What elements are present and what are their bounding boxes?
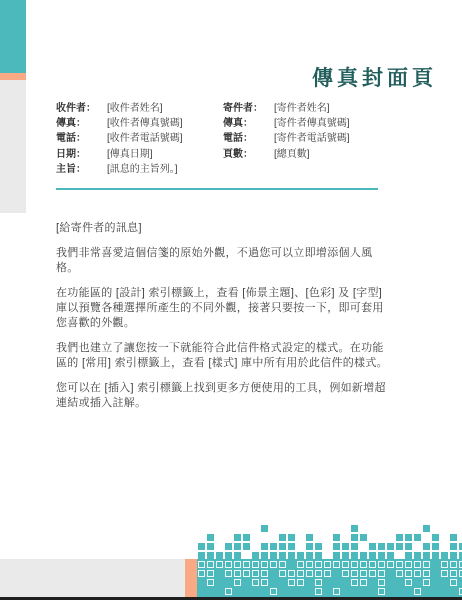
page-count-placeholder[interactable]: [總頁數] xyxy=(274,147,310,162)
mosaic-square xyxy=(414,552,421,559)
mosaic-square xyxy=(261,525,268,532)
mosaic-square xyxy=(243,543,250,550)
mosaic-square xyxy=(297,552,304,559)
recipient-fax-placeholder[interactable]: [收件者傳真號碼] xyxy=(107,116,183,131)
mosaic-square xyxy=(423,552,430,559)
mosaic-square xyxy=(279,543,286,550)
mosaic-square xyxy=(387,561,394,568)
mosaic-square xyxy=(378,561,385,568)
top-stripe-orange xyxy=(0,73,26,80)
mosaic-square xyxy=(225,552,232,559)
mosaic-square xyxy=(360,561,367,568)
footer-gray-band xyxy=(0,559,185,597)
mosaic-square xyxy=(216,561,223,568)
mosaic-square xyxy=(297,570,304,577)
mosaic-square xyxy=(234,543,241,550)
subject-label: 主旨： xyxy=(56,162,107,177)
mosaic-square xyxy=(351,579,358,586)
mosaic-square xyxy=(423,579,430,586)
mosaic-square xyxy=(405,579,412,586)
mosaic-square xyxy=(297,579,304,586)
mosaic-square xyxy=(432,543,439,550)
sender-from-label: 寄件者： xyxy=(223,101,274,116)
mosaic-square xyxy=(288,570,295,577)
mosaic-square xyxy=(414,561,421,568)
mosaic-square xyxy=(306,552,313,559)
mosaic-square xyxy=(342,552,349,559)
fax-date-placeholder[interactable]: [傳真日期] xyxy=(107,147,153,162)
mosaic-square xyxy=(450,579,457,586)
mosaic-square xyxy=(207,561,214,568)
mosaic-square xyxy=(315,579,322,586)
mosaic-square xyxy=(342,570,349,577)
mosaic-square xyxy=(279,561,286,568)
mosaic-square xyxy=(450,561,457,568)
mosaic-square xyxy=(405,543,412,550)
mosaic-square xyxy=(315,543,322,550)
sender-phone-label: 電話： xyxy=(223,131,274,146)
mosaic-square xyxy=(225,543,232,550)
mosaic-square xyxy=(351,570,358,577)
mosaic-square xyxy=(270,588,277,595)
footer-orange-block xyxy=(185,559,197,597)
body-paragraph-2: 在功能區的 [設計] 索引標籤上，查看 [佈景主題]、[色彩] 及 [字型] 庫… xyxy=(56,286,394,331)
sender-name-placeholder[interactable]: [寄件者姓名] xyxy=(274,101,330,116)
mosaic-square xyxy=(360,552,367,559)
body-paragraph-4: 您可以在 [插入] 索引標籤上找到更多方便使用的工具，例如新增超連結或插入註解。 xyxy=(56,381,394,411)
subject-placeholder[interactable]: [訊息的主旨列。] xyxy=(107,162,178,177)
mosaic-square xyxy=(378,588,385,595)
mosaic-square xyxy=(234,579,241,586)
mosaic-square xyxy=(207,543,214,550)
mosaic-square xyxy=(198,561,205,568)
mosaic-square xyxy=(441,561,448,568)
mosaic-square xyxy=(342,561,349,568)
mosaic-square xyxy=(207,579,214,586)
page-count-row: 頁數： [總頁數] xyxy=(223,147,393,162)
page-count-label: 頁數： xyxy=(223,147,274,162)
mosaic-square xyxy=(315,552,322,559)
mosaic-square xyxy=(279,570,286,577)
mosaic-square xyxy=(198,570,205,577)
mosaic-square xyxy=(423,570,430,577)
sender-fax-placeholder[interactable]: [寄件者傳真號碼] xyxy=(274,116,350,131)
mosaic-square xyxy=(306,534,313,541)
mosaic-square xyxy=(360,570,367,577)
mosaic-square xyxy=(207,552,214,559)
mosaic-square xyxy=(333,561,340,568)
mosaic-square xyxy=(414,534,421,541)
recipient-to-row: 收件者： [收件者姓名] xyxy=(56,101,222,116)
message-placeholder[interactable]: [給寄件者的訊息] xyxy=(56,221,394,236)
mosaic-square xyxy=(450,570,457,577)
sender-phone-placeholder[interactable]: [寄件者電話號碼] xyxy=(274,131,350,146)
mosaic-square xyxy=(306,561,313,568)
mosaic-square xyxy=(252,570,259,577)
mosaic-square xyxy=(234,561,241,568)
mosaic-square xyxy=(333,534,340,541)
message-body: [給寄件者的訊息] 我們非常喜愛這個信箋的原始外觀，不過您可以立即增添個人風格。… xyxy=(56,221,394,421)
mosaic-square xyxy=(333,543,340,550)
mosaic-square xyxy=(297,561,304,568)
mosaic-square xyxy=(405,570,412,577)
mosaic-square xyxy=(432,552,439,559)
mosaic-square xyxy=(288,552,295,559)
mosaic-square xyxy=(351,543,358,550)
header-divider-line xyxy=(56,188,378,190)
mosaic-square xyxy=(234,534,241,541)
mosaic-square xyxy=(396,570,403,577)
mosaic-square xyxy=(414,570,421,577)
mosaic-square xyxy=(234,552,241,559)
mosaic-square xyxy=(315,588,322,595)
mosaic-square xyxy=(198,552,205,559)
top-stripe-teal xyxy=(0,0,26,73)
mosaic-square xyxy=(441,552,448,559)
recipient-fax-row: 傳真： [收件者傳真號碼] xyxy=(56,116,222,131)
mosaic-square xyxy=(450,534,457,541)
mosaic-square xyxy=(396,534,403,541)
mosaic-square xyxy=(288,579,295,586)
mosaic-square xyxy=(423,561,430,568)
mosaic-square xyxy=(360,534,367,541)
mosaic-square xyxy=(387,543,394,550)
recipient-phone-placeholder[interactable]: [收件者電話號碼] xyxy=(107,131,183,146)
mosaic-square xyxy=(315,570,322,577)
mosaic-square xyxy=(342,543,349,550)
recipient-name-placeholder[interactable]: [收件者姓名] xyxy=(107,101,163,116)
mosaic-square xyxy=(450,552,457,559)
mosaic-square xyxy=(270,561,277,568)
mosaic-square xyxy=(252,579,259,586)
mosaic-square xyxy=(369,552,376,559)
body-paragraph-1: 我們非常喜愛這個信箋的原始外觀，不過您可以立即增添個人風格。 xyxy=(56,246,394,276)
mosaic-square xyxy=(351,534,358,541)
recipient-fax-label: 傳真： xyxy=(56,116,107,131)
mosaic-square xyxy=(405,534,412,541)
subject-row: 主旨： [訊息的主旨列。] xyxy=(56,162,222,177)
mosaic-square xyxy=(216,552,223,559)
mosaic-square xyxy=(261,579,268,586)
top-stripe-gray xyxy=(0,80,26,213)
recipient-fields: 收件者： [收件者姓名] 傳真： [收件者傳真號碼] 電話： [收件者電話號碼]… xyxy=(56,101,222,177)
mosaic-square xyxy=(288,534,295,541)
mosaic-square xyxy=(243,561,250,568)
mosaic-square xyxy=(270,552,277,559)
mosaic-square xyxy=(243,570,250,577)
mosaic-square xyxy=(207,534,214,541)
mosaic-square xyxy=(432,534,439,541)
mosaic-square xyxy=(261,552,268,559)
mosaic-square xyxy=(450,543,457,550)
sender-fields: 寄件者： [寄件者姓名] 傳真： [寄件者傳真號碼] 電話： [寄件者電話號碼]… xyxy=(223,101,393,162)
mosaic-square xyxy=(306,570,313,577)
body-paragraph-3: 我們也建立了讓您按一下就能符合此信件格式設定的樣式。在功能區的 [常用] 索引標… xyxy=(56,341,394,371)
mosaic-square xyxy=(279,534,286,541)
mosaic-square xyxy=(252,561,259,568)
recipient-phone-label: 電話： xyxy=(56,131,107,146)
mosaic-square xyxy=(423,525,430,532)
mosaic-square xyxy=(315,561,322,568)
mosaic-square xyxy=(360,579,367,586)
mosaic-square xyxy=(369,543,376,550)
mosaic-square xyxy=(378,552,385,559)
mosaic-square xyxy=(324,561,331,568)
mosaic-square xyxy=(261,570,268,577)
mosaic-square xyxy=(252,552,259,559)
mosaic-square xyxy=(369,570,376,577)
mosaic-square xyxy=(351,525,358,532)
fax-date-row: 日期： [傳真日期] xyxy=(56,147,222,162)
mosaic-square xyxy=(225,588,232,595)
sender-from-row: 寄件者： [寄件者姓名] xyxy=(223,101,393,116)
mosaic-square xyxy=(261,543,268,550)
mosaic-square xyxy=(378,570,385,577)
mosaic-square xyxy=(261,561,268,568)
mosaic-square xyxy=(279,552,286,559)
mosaic-square xyxy=(396,543,403,550)
sender-phone-row: 電話： [寄件者電話號碼] xyxy=(223,131,393,146)
mosaic-square xyxy=(351,561,358,568)
recipient-to-label: 收件者： xyxy=(56,101,107,116)
mosaic-square xyxy=(405,552,412,559)
mosaic-square xyxy=(414,588,421,595)
mosaic-square xyxy=(423,543,430,550)
mosaic-square xyxy=(378,543,385,550)
mosaic-square xyxy=(198,543,205,550)
mosaic-square xyxy=(396,561,403,568)
mosaic-square xyxy=(225,570,232,577)
sender-fax-label: 傳真： xyxy=(223,116,274,131)
mosaic-square xyxy=(324,570,331,577)
footer-pixel-mosaic xyxy=(197,524,462,597)
mosaic-square xyxy=(225,561,232,568)
mosaic-square xyxy=(387,552,394,559)
mosaic-square xyxy=(243,534,250,541)
mosaic-square xyxy=(405,561,412,568)
mosaic-square xyxy=(306,543,313,550)
mosaic-square xyxy=(270,543,277,550)
fax-cover-page: 傳真封面頁 收件者： [收件者姓名] 傳真： [收件者傳真號碼] 電話： [收件… xyxy=(0,0,462,600)
sender-fax-row: 傳真： [寄件者傳真號碼] xyxy=(223,116,393,131)
mosaic-square xyxy=(369,561,376,568)
mosaic-square xyxy=(441,570,448,577)
mosaic-square xyxy=(288,543,295,550)
mosaic-square xyxy=(333,588,340,595)
mosaic-square xyxy=(333,552,340,559)
page-title: 傳真封面頁 xyxy=(312,62,437,92)
recipient-phone-row: 電話： [收件者電話號碼] xyxy=(56,131,222,146)
mosaic-square xyxy=(378,579,385,586)
mosaic-square xyxy=(234,570,241,577)
mosaic-square xyxy=(207,570,214,577)
mosaic-square xyxy=(351,552,358,559)
fax-date-label: 日期： xyxy=(56,147,107,162)
